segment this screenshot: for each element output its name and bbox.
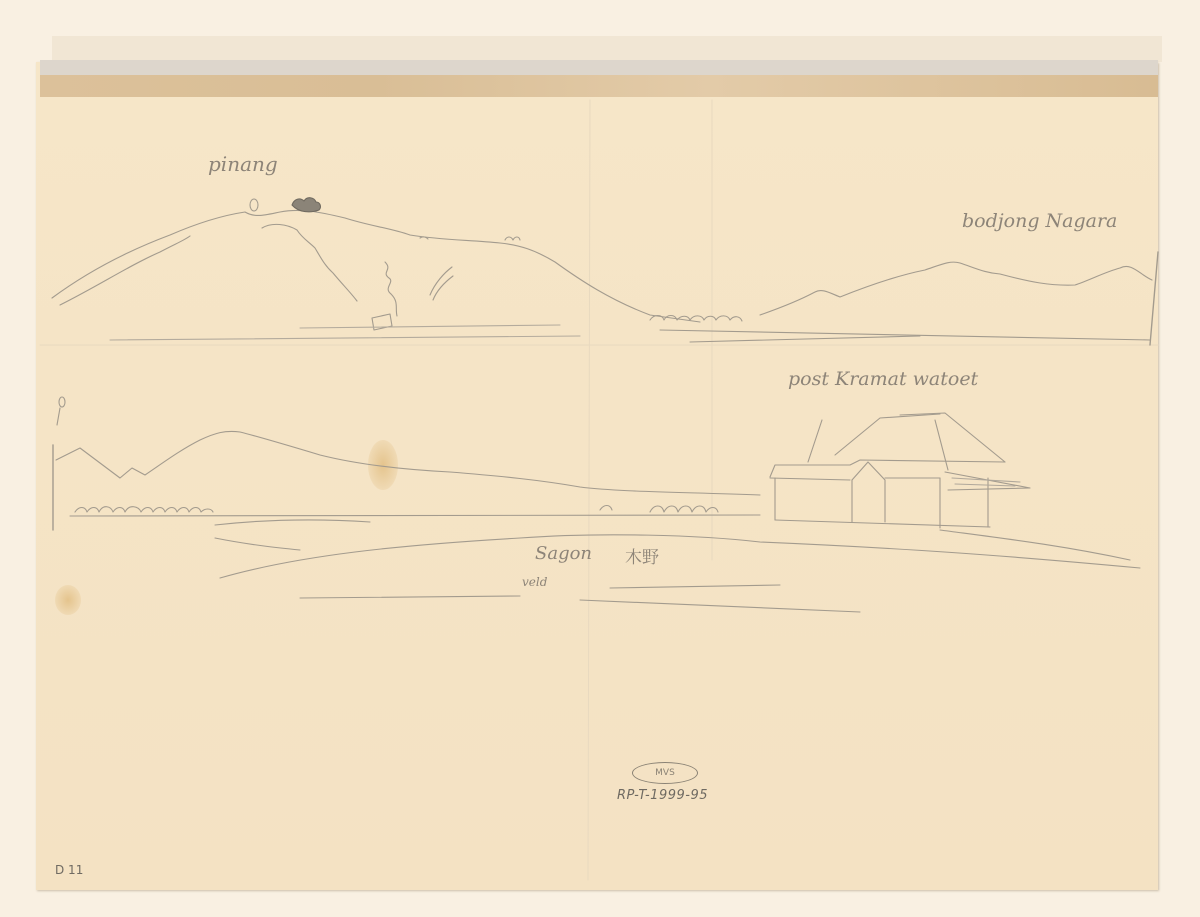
museum-stamp: MVS xyxy=(632,762,698,784)
label-veld: veld xyxy=(522,575,547,589)
label-bodjong-nagara: bodjong Nagara xyxy=(962,210,1117,232)
lower-landscape xyxy=(53,397,1140,612)
mountain-range-right xyxy=(650,252,1158,345)
label-post-kramat-watoet: post Kramat watoet xyxy=(788,368,978,390)
folio-mark: D 11 xyxy=(55,863,83,877)
stamp-text: MVS xyxy=(655,768,675,778)
mountain-pinang xyxy=(52,198,700,330)
building-post xyxy=(770,413,1130,560)
fold-line xyxy=(588,100,590,880)
label-glyph: 木野 xyxy=(625,543,659,568)
pencil-sketch xyxy=(0,0,1200,917)
accession-number: RP-T-1999-95 xyxy=(617,788,708,803)
label-sagon: Sagon xyxy=(535,543,592,564)
label-pinang: pinang xyxy=(208,152,278,176)
